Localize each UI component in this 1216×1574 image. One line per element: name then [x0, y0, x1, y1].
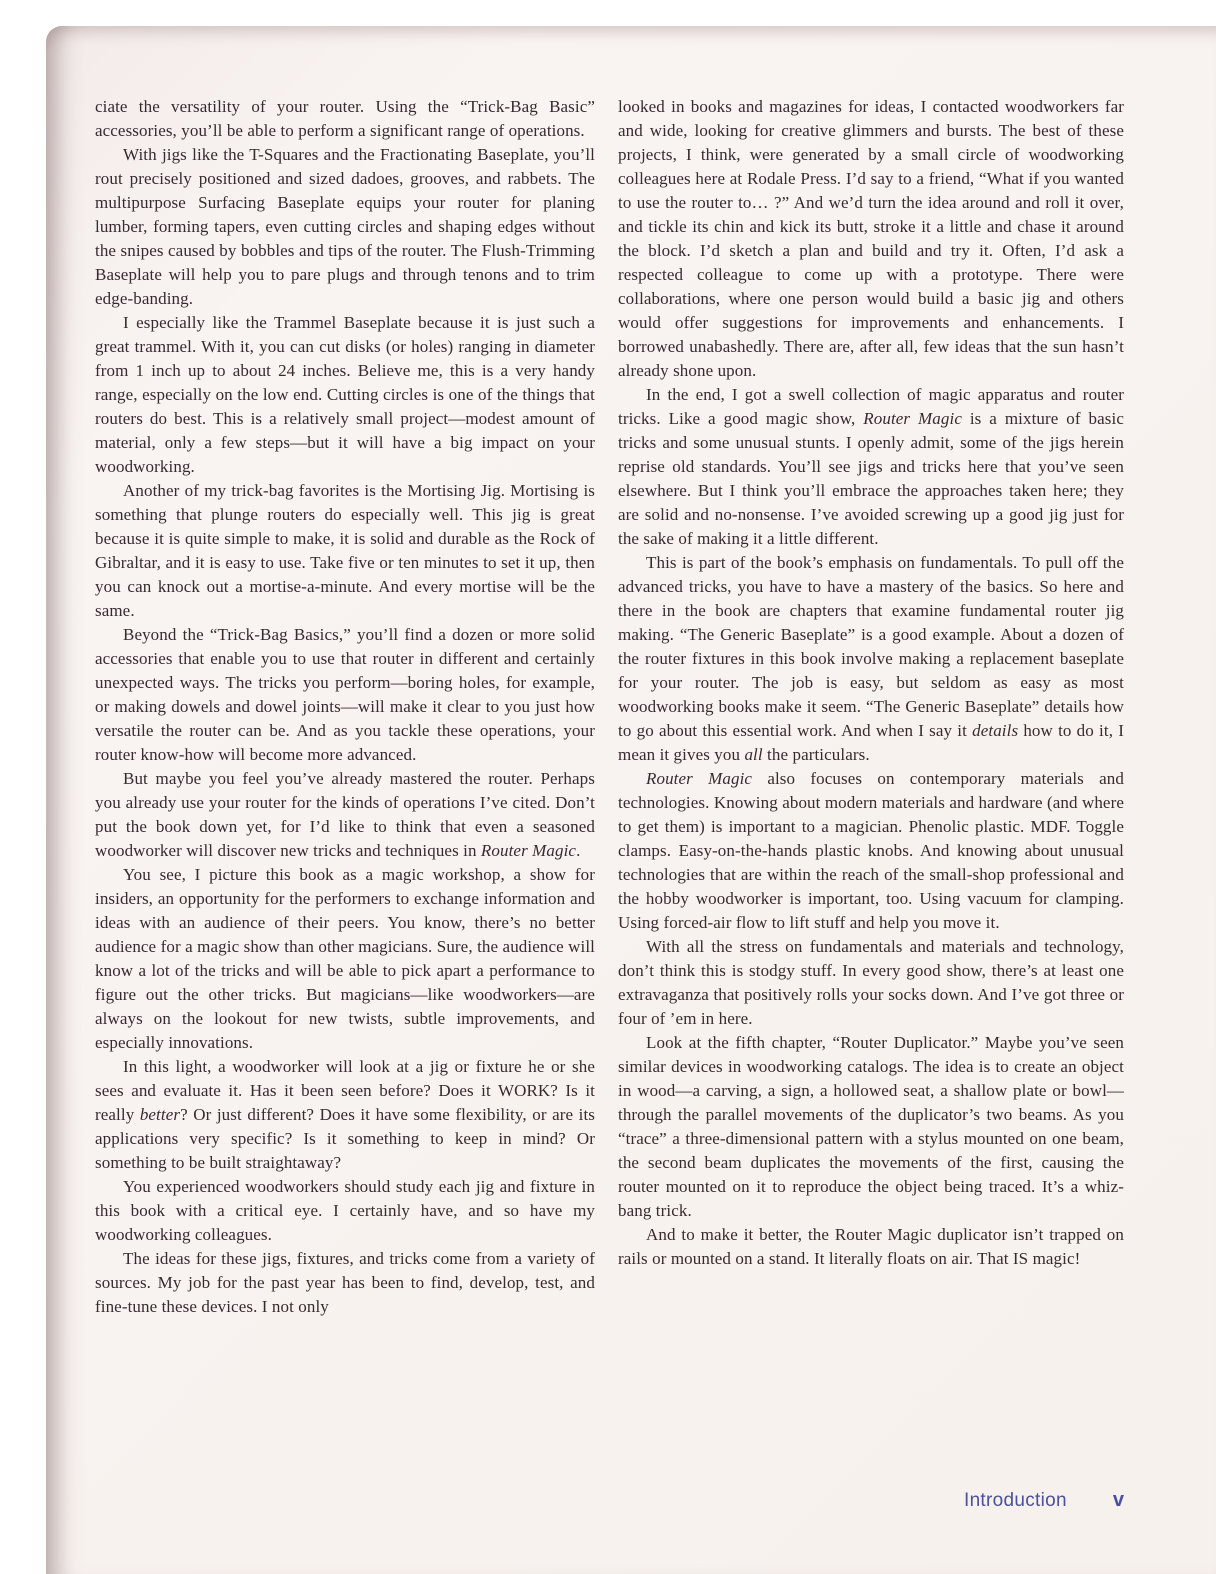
paragraph: But maybe you feel you’ve already master… — [95, 767, 595, 863]
italic-text-segment: Router Magic — [863, 409, 962, 428]
paragraph: Another of my trick-bag favorites is the… — [95, 479, 595, 623]
paragraph: This is part of the book’s emphasis on f… — [618, 551, 1124, 767]
paragraph: In this light, a woodworker will look at… — [95, 1055, 595, 1175]
text-segment: . — [576, 841, 580, 860]
scanned-book-page: ciate the versatility of your router. Us… — [0, 0, 1216, 1574]
text-segment: With all the stress on fundamentals and … — [618, 937, 1124, 1028]
paragraph: You experienced woodworkers should study… — [95, 1175, 595, 1247]
text-segment: Another of my trick-bag favorites is the… — [95, 481, 595, 620]
text-segment: looked in books and magazines for ideas,… — [618, 97, 1124, 380]
paragraph: ciate the versatility of your router. Us… — [95, 95, 595, 143]
text-segment: This is part of the book’s emphasis on f… — [618, 553, 1124, 740]
text-segment: Beyond the “Trick-Bag Basics,” you’ll fi… — [95, 625, 595, 764]
paragraph: The ideas for these jigs, fixtures, and … — [95, 1247, 595, 1319]
text-segment: is a mixture of basic tricks and some un… — [618, 409, 1124, 548]
italic-text-segment: Router Magic — [646, 769, 752, 788]
text-segment: And to make it better, the Router Magic … — [618, 1225, 1124, 1268]
text-column-left: ciate the versatility of your router. Us… — [95, 95, 595, 1319]
paragraph: I especially like the Trammel Baseplate … — [95, 311, 595, 479]
page-footer: Introductionv — [46, 1489, 1124, 1512]
page-paper: ciate the versatility of your router. Us… — [46, 26, 1216, 1574]
paragraph: Router Magic also focuses on contemporar… — [618, 767, 1124, 935]
text-segment: also focuses on contemporary materials a… — [618, 769, 1124, 932]
footer-page-number: v — [1113, 1489, 1124, 1511]
text-segment: Look at the fifth chapter, “Router Dupli… — [618, 1033, 1124, 1220]
text-column-right: looked in books and magazines for ideas,… — [618, 95, 1124, 1271]
italic-text-segment: details — [972, 721, 1018, 740]
paragraph: In the end, I got a swell collection of … — [618, 383, 1124, 551]
paragraph: Beyond the “Trick-Bag Basics,” you’ll fi… — [95, 623, 595, 767]
text-segment: ciate the versatility of your router. Us… — [95, 97, 595, 140]
footer-section-label: Introduction — [964, 1490, 1067, 1511]
italic-text-segment: all — [744, 745, 762, 764]
text-segment: You experienced woodworkers should study… — [95, 1177, 595, 1244]
italic-text-segment: Router Magic — [481, 841, 576, 860]
paragraph: Look at the fifth chapter, “Router Dupli… — [618, 1031, 1124, 1223]
italic-text-segment: better — [140, 1105, 180, 1124]
paragraph: looked in books and magazines for ideas,… — [618, 95, 1124, 383]
text-segment: You see, I picture this book as a magic … — [95, 865, 595, 1052]
paragraph: You see, I picture this book as a magic … — [95, 863, 595, 1055]
paragraph: With jigs like the T-Squares and the Fra… — [95, 143, 595, 311]
text-segment: the particulars. — [763, 745, 870, 764]
text-segment: With jigs like the T-Squares and the Fra… — [95, 145, 595, 308]
text-segment: I especially like the Trammel Baseplate … — [95, 313, 595, 476]
text-segment: The ideas for these jigs, fixtures, and … — [95, 1249, 595, 1316]
paragraph: And to make it better, the Router Magic … — [618, 1223, 1124, 1271]
paragraph: With all the stress on fundamentals and … — [618, 935, 1124, 1031]
